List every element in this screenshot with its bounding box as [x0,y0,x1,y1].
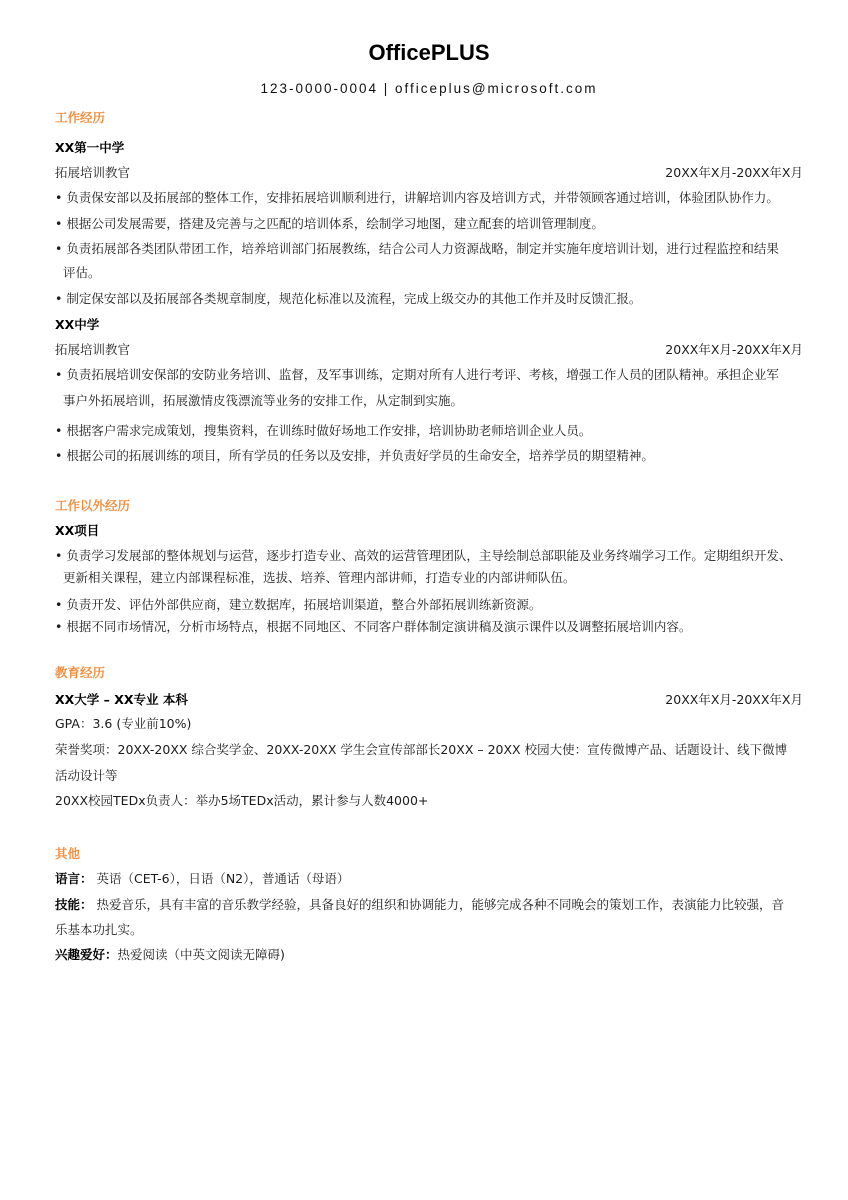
job-bullet-continued: 评估。 [63,264,101,282]
contact-info: 123-0000-0004 | officeplus@microsoft.com [0,81,848,96]
project-bullet: • 负责开发、评估外部供应商，建立数据库，拓展培训渠道，整合外部拓展训练新资源。 [55,596,541,614]
job-bullet: • 负责拓展培训安保部的安防业务培训、监督，及军事训练，定期对所有人进行考评、考… [55,366,779,384]
project-bullet: • 根据不同市场情况，分析市场特点，根据不同地区、不同客户群体制定演讲稿及演示课… [55,618,691,636]
job-bullet: • 负责保安部以及拓展部的整体工作，安排拓展培训顺利进行，讲解培训内容及培训方式… [55,189,779,207]
skills-value: 热爱音乐，具有丰富的音乐教学经验，具备良好的组织和协调能力，能够完成各种不同晚会… [93,897,784,912]
hobby-label: 兴趣爱好： [55,947,118,962]
section-title-education: 教育经历 [55,664,105,682]
resume-page: OfficePLUS 123-0000-0004 | officeplus@mi… [0,0,848,1200]
job-bullet: • 根据公司的拓展训练的项目，所有学员的任务以及安排，并负责好学员的生命安全，培… [55,447,654,465]
job-bullet: • 根据公司发展需要，搭建及完善与之匹配的培训体系，绘制学习地图，建立配套的培训… [55,215,604,233]
language-value: 英语（CET-6），日语（N2），普通话（母语） [93,871,350,886]
job-role: 拓展培训教官 [55,164,130,182]
skills-label: 技能： [55,897,93,912]
language-label: 语言： [55,871,93,886]
job-date: 20XX年X月-20XX年X月 [665,341,803,359]
job-bullet: • 负责拓展部各类团队带团工作，培养培训部门拓展教练，结合公司人力资源战略，制定… [55,240,779,258]
hobby-row: 兴趣爱好：热爱阅读（中英文阅读无障碍) [55,946,285,964]
skills-continued: 乐基本功扎实。 [55,921,143,939]
project-bullet-continued: 更新相关课程，建立内部课程标准，选拔、培养、管理内部讲师，打造专业的内部讲师队伍… [63,569,576,587]
job-org: XX中学 [55,316,99,334]
tedx: 20XX校园TEDx负责人：举办5场TEDx活动，累计参与人数4000+ [55,792,428,810]
project-name: XX项目 [55,522,99,540]
honors: 荣誉奖项：20XX-20XX 综合奖学金、20XX-20XX 学生会宣传部部长2… [55,741,787,759]
job-bullet-continued: 事户外拓展培训，拓展激情皮筏漂流等业务的安排工作，从定制到实施。 [63,392,463,410]
job-bullet: • 制定保安部以及拓展部各类规章制度，规范化标准以及流程，完成上级交办的其他工作… [55,290,641,308]
language-row: 语言： 英语（CET-6），日语（N2），普通话（母语） [55,870,349,888]
hobby-value: 热爱阅读（中英文阅读无障碍) [118,947,285,962]
resume-name: OfficePLUS [0,40,848,66]
school-name: XX大学 – XX专业 本科 [55,691,188,709]
job-role: 拓展培训教官 [55,341,130,359]
section-title-work: 工作经历 [55,109,105,127]
skills-row: 技能： 热爱音乐，具有丰富的音乐教学经验，具备良好的组织和协调能力，能够完成各种… [55,896,784,914]
honors-continued: 活动设计等 [55,767,118,785]
job-org: XX第一中学 [55,139,124,157]
job-bullet: • 根据客户需求完成策划，搜集资料，在训练时做好场地工作安排，培训协助老师培训企… [55,422,591,440]
job-date: 20XX年X月-20XX年X月 [665,164,803,182]
project-bullet: • 负责学习发展部的整体规划与运营，逐步打造专业、高效的运营管理团队，主导绘制总… [55,547,791,565]
gpa: GPA：3.6 (专业前10%) [55,715,191,733]
section-title-extra: 工作以外经历 [55,497,130,515]
education-date: 20XX年X月-20XX年X月 [665,691,803,709]
section-title-other: 其他 [55,845,80,863]
